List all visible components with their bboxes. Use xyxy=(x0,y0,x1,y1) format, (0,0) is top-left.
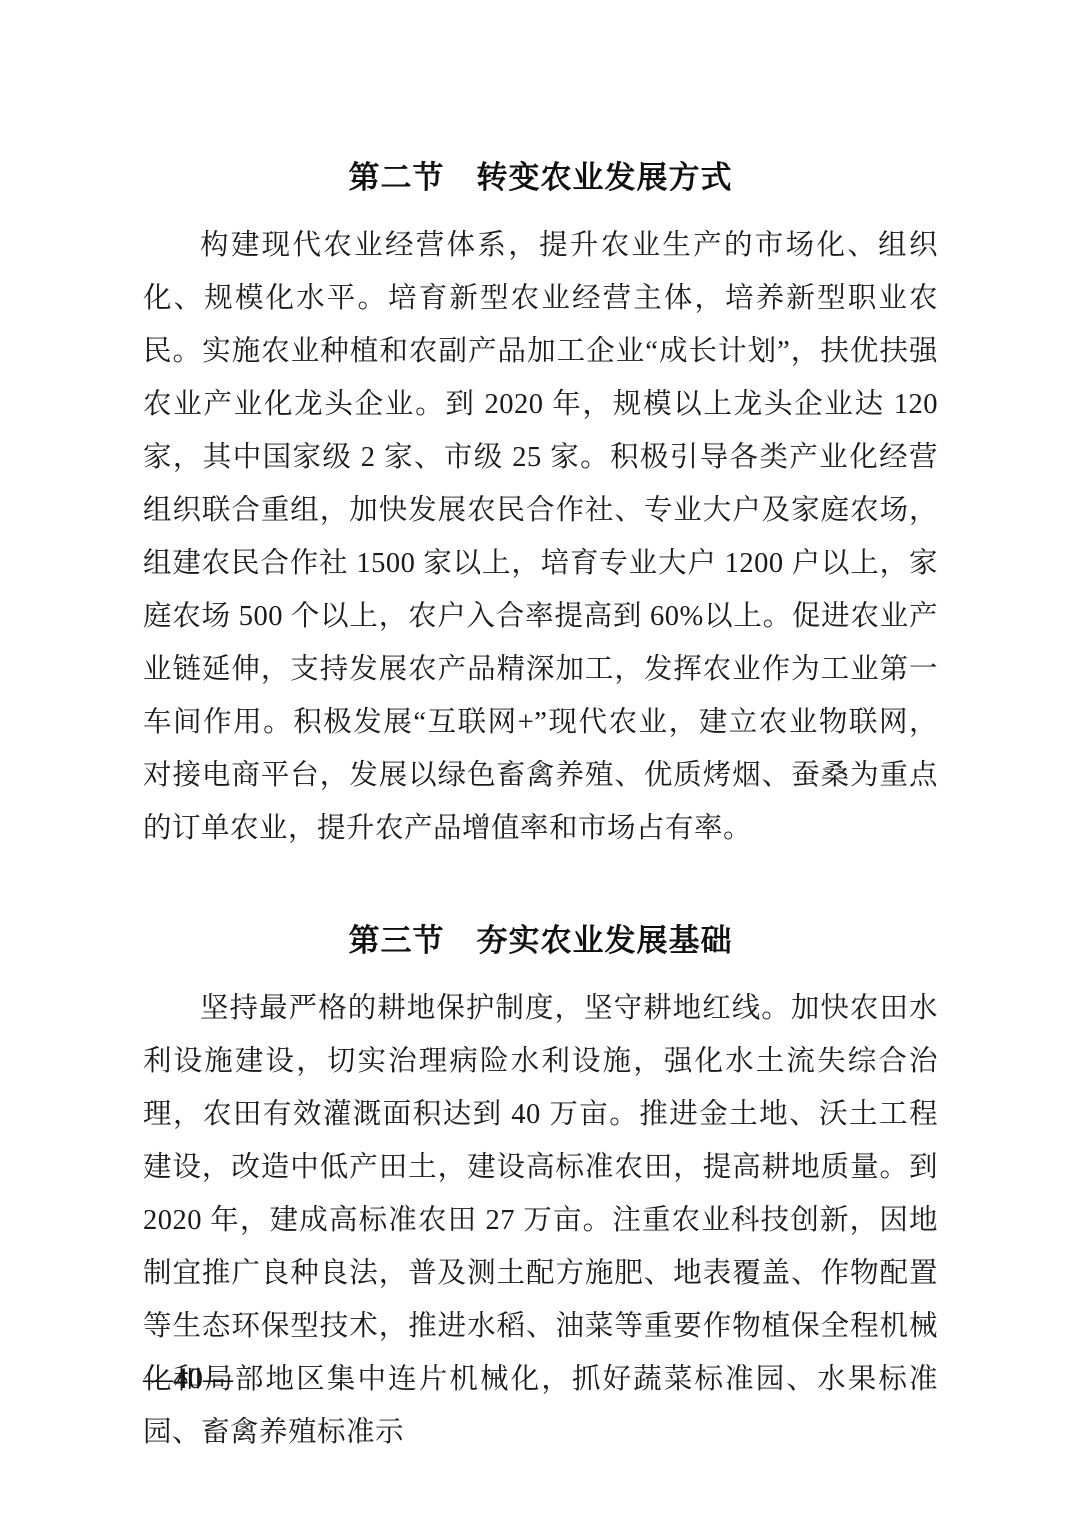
section-heading-3: 第三节 夯实农业发展基础 xyxy=(143,921,938,961)
document-content: 第二节 转变农业发展方式 构建现代农业经营体系，提升农业生产的市场化、组织化、规… xyxy=(143,158,938,1459)
section-3-paragraph: 坚持最严格的耕地保护制度，坚守耕地红线。加快农田水利设施建设，切实治理病险水利设… xyxy=(143,982,938,1459)
section-2-paragraph: 构建现代农业经营体系，提升农业生产的市场化、组织化、规模化水平。培育新型农业经营… xyxy=(143,219,938,855)
section-heading-2: 第二节 转变农业发展方式 xyxy=(143,158,938,198)
document-page: 第二节 转变农业发展方式 构建现代农业经营体系，提升农业生产的市场化、组织化、规… xyxy=(0,0,1074,1520)
page-number: —40— xyxy=(143,1362,233,1396)
